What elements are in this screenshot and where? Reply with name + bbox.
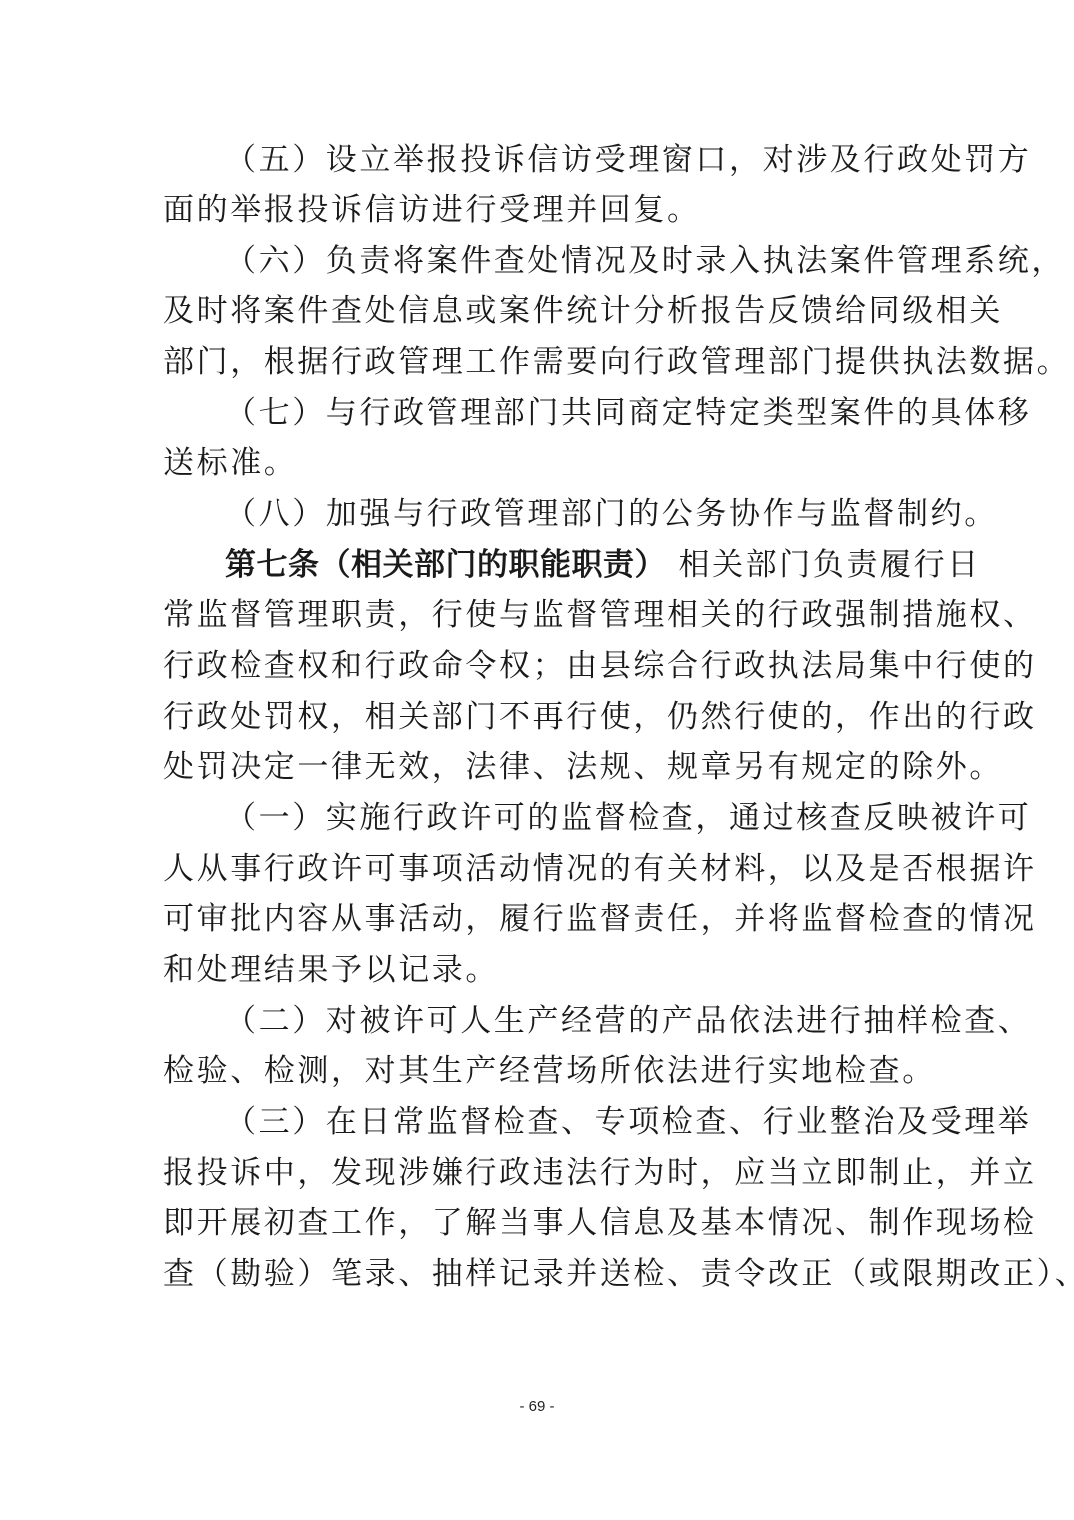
article-7-line-3: 行政检查权和行政命令权；由县综合行政执法局集中行使的: [163, 646, 1037, 686]
article-7-line-5: 处罚决定一律无效，法律、法规、规章另有规定的除外。: [163, 747, 1003, 787]
article-7-line-1: 第七条（相关部门的职能职责） 相关部门负责履行日: [225, 545, 981, 585]
paragraph-8-line-1: （八）加强与行政管理部门的公务协作与监督制约。: [225, 494, 998, 534]
article-7-line-2: 常监督管理职责，行使与监督管理相关的行政强制措施权、: [163, 595, 1037, 635]
paragraph-5-line-1: （五）设立举报投诉信访受理窗口，对涉及行政处罚方: [225, 140, 1031, 180]
item-2-line-2: 检验、检测，对其生产经营场所依法进行实地检查。: [163, 1051, 936, 1091]
item-2-line-1: （二）对被许可人生产经营的产品依法进行抽样检查、: [225, 1001, 1031, 1041]
paragraph-5-line-2: 面的举报投诉信访进行受理并回复。: [163, 190, 701, 230]
item-3-line-3: 即开展初查工作，了解当事人信息及基本情况、制作现场检: [163, 1203, 1037, 1243]
paragraph-6-line-3: 部门，根据行政管理工作需要向行政管理部门提供执法数据。: [163, 342, 1070, 382]
article-7-heading: 第七条（相关部门的职能职责）: [225, 547, 666, 583]
item-3-line-4: 查（勘验）笔录、抽样记录并送检、责令改正（或限期改正）、: [163, 1254, 1074, 1294]
item-3-line-1: （三）在日常监督检查、专项检查、行业整治及受理举: [225, 1102, 1031, 1142]
paragraph-7-line-2: 送标准。: [163, 443, 297, 483]
paragraph-6-line-2: 及时将案件查处信息或案件统计分析报告反馈给同级相关: [163, 291, 1003, 331]
page-number: - 69 -: [0, 1398, 1074, 1415]
item-1-line-4: 和处理结果予以记录。: [163, 950, 499, 990]
document-page: （五）设立举报投诉信访受理窗口，对涉及行政处罚方 面的举报投诉信访进行受理并回复…: [0, 0, 1074, 1520]
article-7-line-4: 行政处罚权，相关部门不再行使，仍然行使的，作出的行政: [163, 697, 1037, 737]
item-1-line-1: （一）实施行政许可的监督检查，通过核查反映被许可: [225, 798, 1031, 838]
item-3-line-2: 报投诉中，发现涉嫌行政违法行为时，应当立即制止，并立: [163, 1153, 1037, 1193]
item-1-line-3: 可审批内容从事活动，履行监督责任，并将监督检查的情况: [163, 899, 1037, 939]
paragraph-6-line-1: （六）负责将案件查处情况及时录入执法案件管理系统，: [225, 241, 1065, 281]
article-7-text: 相关部门负责履行日: [666, 547, 981, 583]
paragraph-7-line-1: （七）与行政管理部门共同商定特定类型案件的具体移: [225, 393, 1031, 433]
item-1-line-2: 人从事行政许可事项活动情况的有关材料，以及是否根据许: [163, 849, 1037, 889]
